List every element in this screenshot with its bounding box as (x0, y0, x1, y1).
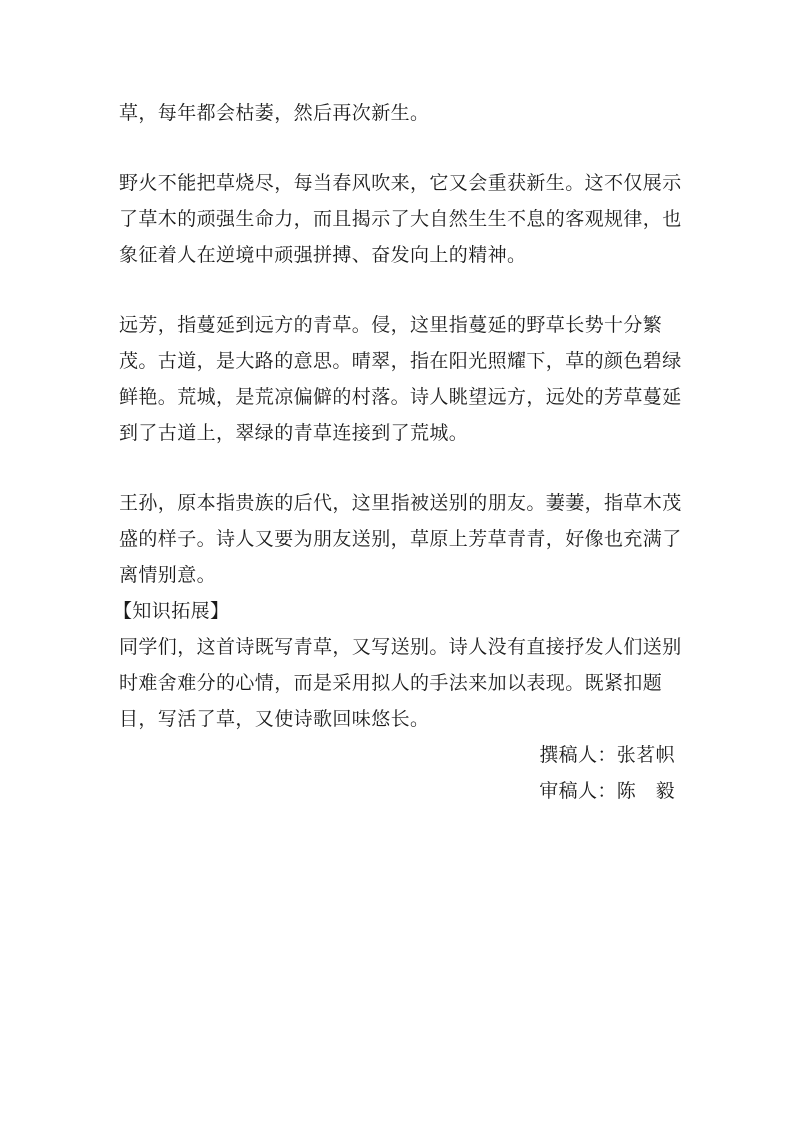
text-line: 目，写活了草，又使诗歌回味悠长。 (119, 701, 675, 737)
text-line: 盛的样子。诗人又要为朋友送别，草原上芳草青青，好像也充满了 (119, 521, 675, 557)
text-line: 离情别意。 (119, 557, 675, 593)
text-line: 了草木的顽强生命力，而且揭示了大自然生生不息的客观规律，也 (119, 201, 675, 237)
text-line: 野火不能把草烧尽，每当春风吹来，它又会重获新生。这不仅展示 (119, 165, 675, 201)
text-line: 茂。古道，是大路的意思。晴翠，指在阳光照耀下，草的颜色碧绿 (119, 343, 675, 379)
text-line: 象征着人在逆境中顽强拼搏、奋发向上的精神。 (119, 237, 675, 273)
paragraph-3: 远芳，指蔓延到远方的青草。侵，这里指蔓延的野草长势十分繁 茂。古道，是大路的意思… (119, 307, 675, 451)
text-line: 时难舍难分的心情，而是采用拟人的手法来加以表现。既紧扣题 (119, 665, 675, 701)
reviewer-credit: 审稿人：陈 毅 (119, 773, 675, 809)
section-heading: 【知识拓展】 (113, 593, 675, 629)
text-line: 远芳，指蔓延到远方的青草。侵，这里指蔓延的野草长势十分繁 (119, 307, 675, 343)
text-line: 到了古道上，翠绿的青草连接到了荒城。 (119, 415, 675, 451)
document-page: 草，每年都会枯萎，然后再次新生。 野火不能把草烧尽，每当春风吹来，它又会重获新生… (119, 95, 675, 809)
paragraph-4: 王孙，原本指贵族的后代，这里指被送别的朋友。萋萋，指草木茂 盛的样子。诗人又要为… (119, 485, 675, 593)
text-line: 草，每年都会枯萎，然后再次新生。 (119, 95, 675, 131)
extension-paragraph: 同学们，这首诗既写青草，又写送别。诗人没有直接抒发人们送别 时难舍难分的心情，而… (119, 629, 675, 737)
text-line: 王孙，原本指贵族的后代，这里指被送别的朋友。萋萋，指草木茂 (119, 485, 675, 521)
paragraph-2: 野火不能把草烧尽，每当春风吹来，它又会重获新生。这不仅展示 了草木的顽强生命力，… (119, 165, 675, 273)
paragraph-1: 草，每年都会枯萎，然后再次新生。 (119, 95, 675, 131)
text-line: 同学们，这首诗既写青草，又写送别。诗人没有直接抒发人们送别 (119, 629, 675, 665)
text-line: 鲜艳。荒城，是荒凉偏僻的村落。诗人眺望远方，远处的芳草蔓延 (119, 379, 675, 415)
author-credit: 撰稿人：张茗帜 (119, 737, 675, 773)
